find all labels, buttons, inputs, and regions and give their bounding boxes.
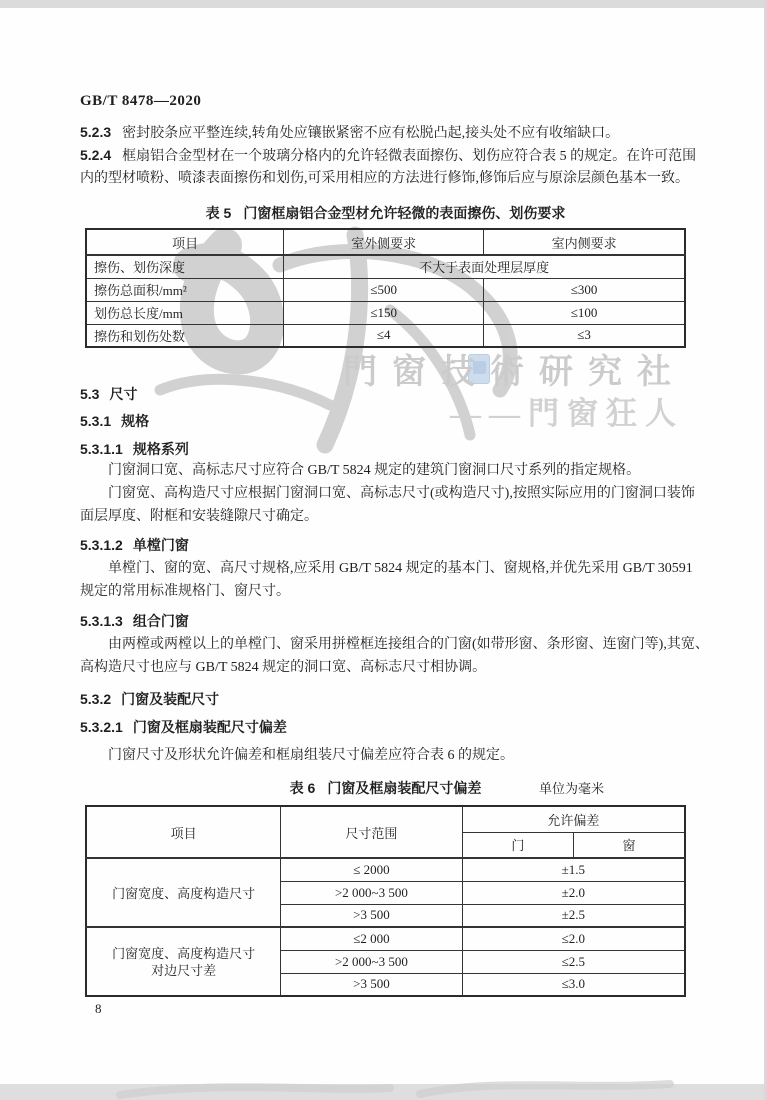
page-content: GB/T 8478—2020 5.2.3密封胶条应平整连续,转角处应镶嵌紧密不应… [0, 0, 767, 1100]
table5-cell-value: 不大于表面处理层厚度 [284, 255, 685, 278]
table6-cell-range: >3 500 [281, 904, 462, 927]
heading-5-3-1-3: 5.3.1.3组合门窗 [80, 611, 189, 631]
paragraph-spec2-line1: 门窗宽、高构造尺寸应根据门窗洞口宽、高标志尺寸(或构造尺寸),按照实际应用的门窗… [80, 482, 690, 505]
table6-cell-value: ≤2.0 [462, 927, 685, 950]
clause-5-2-4-cont: 内的型材喷粉、喷漆表面擦伤和划伤,可采用相应的方法进行修饰,修饰后应与原涂层颜色… [80, 167, 690, 190]
page-number: 8 [95, 1001, 102, 1017]
table6-cell-value: ±2.5 [462, 904, 685, 927]
table5-cell-item: 擦伤、划伤深度 [86, 255, 284, 278]
table6-cell-value: ±2.0 [462, 881, 685, 904]
table5-row-length: 划伤总长度/mm ≤150 ≤100 [86, 301, 685, 324]
heading-number: 5.3.2 [80, 691, 111, 707]
heading-title: 规格 [121, 413, 149, 429]
table6-label: 表 6 [290, 780, 316, 796]
clause-5-2-3: 5.2.3密封胶条应平整连续,转角处应镶嵌紧密不应有松脱凸起,接头处不应有收缩缺… [80, 121, 690, 145]
heading-number: 5.3.2.1 [80, 719, 123, 735]
paragraph-single-line2: 规定的常用标准规格门、窗尺寸。 [80, 580, 690, 603]
paragraph-combo-line2: 高构造尺寸也应与 GB/T 5824 规定的洞口宽、高标志尺寸相协调。 [80, 656, 690, 679]
heading-title: 组合门窗 [133, 613, 189, 629]
table6-header-row1: 项目 尺寸范围 允许偏差 [86, 806, 685, 832]
table5-caption: 表 5门窗框扇铝合金型材允许轻微的表面擦伤、划伤要求 [85, 203, 686, 223]
table5-cell-item: 擦伤和划伤处数 [86, 324, 284, 347]
paragraph-deviation: 门窗尺寸及形状允许偏差和框扇组装尺寸偏差应符合表 6 的规定。 [80, 744, 690, 767]
table5-cell-item: 划伤总长度/mm [86, 301, 284, 324]
table6-header-deviation: 允许偏差 [462, 806, 685, 832]
clause-5-2-4: 5.2.4框扇铝合金型材在一个玻璃分格内的允许轻微表面擦伤、划伤应符合表 5 的… [80, 144, 690, 168]
heading-5-3-1-2: 5.3.1.2单樘门窗 [80, 535, 189, 555]
table6-cell-range: >2 000~3 500 [281, 950, 462, 973]
clause-text: 密封胶条应平整连续,转角处应镶嵌紧密不应有松脱凸起,接头处不应有收缩缺口。 [122, 126, 619, 141]
heading-5-3: 5.3尺寸 [80, 384, 137, 404]
heading-title: 规格系列 [133, 441, 189, 457]
table6-header-item: 项目 [86, 806, 281, 858]
paragraph-spec2-line2: 面层厚度、附框和安装缝隙尺寸确定。 [80, 505, 690, 528]
heading-5-3-1: 5.3.1规格 [80, 411, 149, 431]
table6-unit-note: 单位为毫米 [539, 778, 604, 797]
table5-header-outdoor: 室外侧要求 [284, 229, 484, 255]
table5-row-depth: 擦伤、划伤深度 不大于表面处理层厚度 [86, 255, 685, 278]
table6-group2-item: 门窗宽度、高度构造尺寸 对边尺寸差 [86, 927, 281, 996]
heading-number: 5.3.1.3 [80, 613, 123, 629]
table6-title: 门窗及框扇装配尺寸偏差 [327, 780, 481, 796]
paragraph-spec1: 门窗洞口宽、高标志尺寸应符合 GB/T 5824 规定的建筑门窗洞口尺寸系列的指… [80, 459, 690, 482]
table5-title: 门窗框扇铝合金型材允许轻微的表面擦伤、划伤要求 [243, 205, 565, 221]
table5-cell-indoor: ≤100 [484, 301, 685, 324]
table6-assembly-deviation: 项目 尺寸范围 允许偏差 门 窗 门窗宽度、高度构造尺寸 ≤ 2000 ±1.5… [85, 805, 686, 997]
table5-cell-item: 擦伤总面积/mm² [86, 278, 284, 301]
table5-header-indoor: 室内侧要求 [484, 229, 685, 255]
table5-cell-outdoor: ≤4 [284, 324, 484, 347]
table6-group1-row1: 门窗宽度、高度构造尺寸 ≤ 2000 ±1.5 [86, 858, 685, 881]
clause-text: 框扇铝合金型材在一个玻璃分格内的允许轻微表面擦伤、划伤应符合表 5 的规定。在许… [122, 149, 696, 164]
table5-label: 表 5 [206, 205, 232, 221]
heading-5-3-1-1: 5.3.1.1规格系列 [80, 439, 189, 459]
table5-header-item: 项目 [86, 229, 284, 255]
table6-cell-value: ≤2.5 [462, 950, 685, 973]
heading-number: 5.3 [80, 386, 99, 402]
heading-number: 5.3.1.1 [80, 441, 123, 457]
table6-group2-row1: 门窗宽度、高度构造尺寸 对边尺寸差 ≤2 000 ≤2.0 [86, 927, 685, 950]
heading-title: 门窗及框扇装配尺寸偏差 [133, 719, 287, 735]
table6-caption: 表 6门窗及框扇装配尺寸偏差 单位为毫米 [85, 778, 686, 798]
table5-scratch-requirements: 项目 室外侧要求 室内侧要求 擦伤、划伤深度 不大于表面处理层厚度 擦伤总面积/… [85, 228, 686, 348]
table5-row-area: 擦伤总面积/mm² ≤500 ≤300 [86, 278, 685, 301]
table6-cell-range: >2 000~3 500 [281, 881, 462, 904]
table6-cell-range: ≤ 2000 [281, 858, 462, 881]
heading-title: 门窗及装配尺寸 [121, 691, 219, 707]
table6-header-door: 门 [462, 832, 573, 858]
table5-cell-outdoor: ≤500 [284, 278, 484, 301]
table6-group1-item: 门窗宽度、高度构造尺寸 [86, 858, 281, 927]
table5-row-count: 擦伤和划伤处数 ≤4 ≤3 [86, 324, 685, 347]
heading-title: 单樘门窗 [133, 537, 189, 553]
clause-number: 5.2.3 [80, 124, 111, 140]
table6-group2-item-line1: 门窗宽度、高度构造尺寸 [92, 945, 275, 962]
table6-cell-value: ≤3.0 [462, 973, 685, 996]
heading-5-3-2: 5.3.2门窗及装配尺寸 [80, 689, 219, 709]
table6-cell-value: ±1.5 [462, 858, 685, 881]
heading-title: 尺寸 [109, 386, 137, 402]
table6-cell-range: ≤2 000 [281, 927, 462, 950]
document-page: 門窗技術研究社 ——門窗狂人 GB/T 8478—2020 5.2.3密封胶条应… [0, 0, 767, 1100]
table6-header-window: 窗 [574, 832, 685, 858]
table5-cell-indoor: ≤300 [484, 278, 685, 301]
paragraph-combo-line1: 由两樘或两樘以上的单樘门、窗采用拼樘框连接组合的门窗(如带形窗、条形窗、连窗门等… [80, 633, 690, 656]
table6-cell-range: >3 500 [281, 973, 462, 996]
heading-number: 5.3.1.2 [80, 537, 123, 553]
table6-header-range: 尺寸范围 [281, 806, 462, 858]
table5-cell-outdoor: ≤150 [284, 301, 484, 324]
table5-cell-indoor: ≤3 [484, 324, 685, 347]
table6-group2-item-line2: 对边尺寸差 [92, 962, 275, 979]
table5-header-row: 项目 室外侧要求 室内侧要求 [86, 229, 685, 255]
heading-number: 5.3.1 [80, 413, 111, 429]
heading-5-3-2-1: 5.3.2.1门窗及框扇装配尺寸偏差 [80, 717, 287, 737]
standard-number-header: GB/T 8478—2020 [80, 93, 201, 110]
clause-number: 5.2.4 [80, 147, 111, 163]
paragraph-single-line1: 单樘门、窗的宽、高尺寸规格,应采用 GB/T 5824 规定的基本门、窗规格,并… [80, 557, 690, 580]
